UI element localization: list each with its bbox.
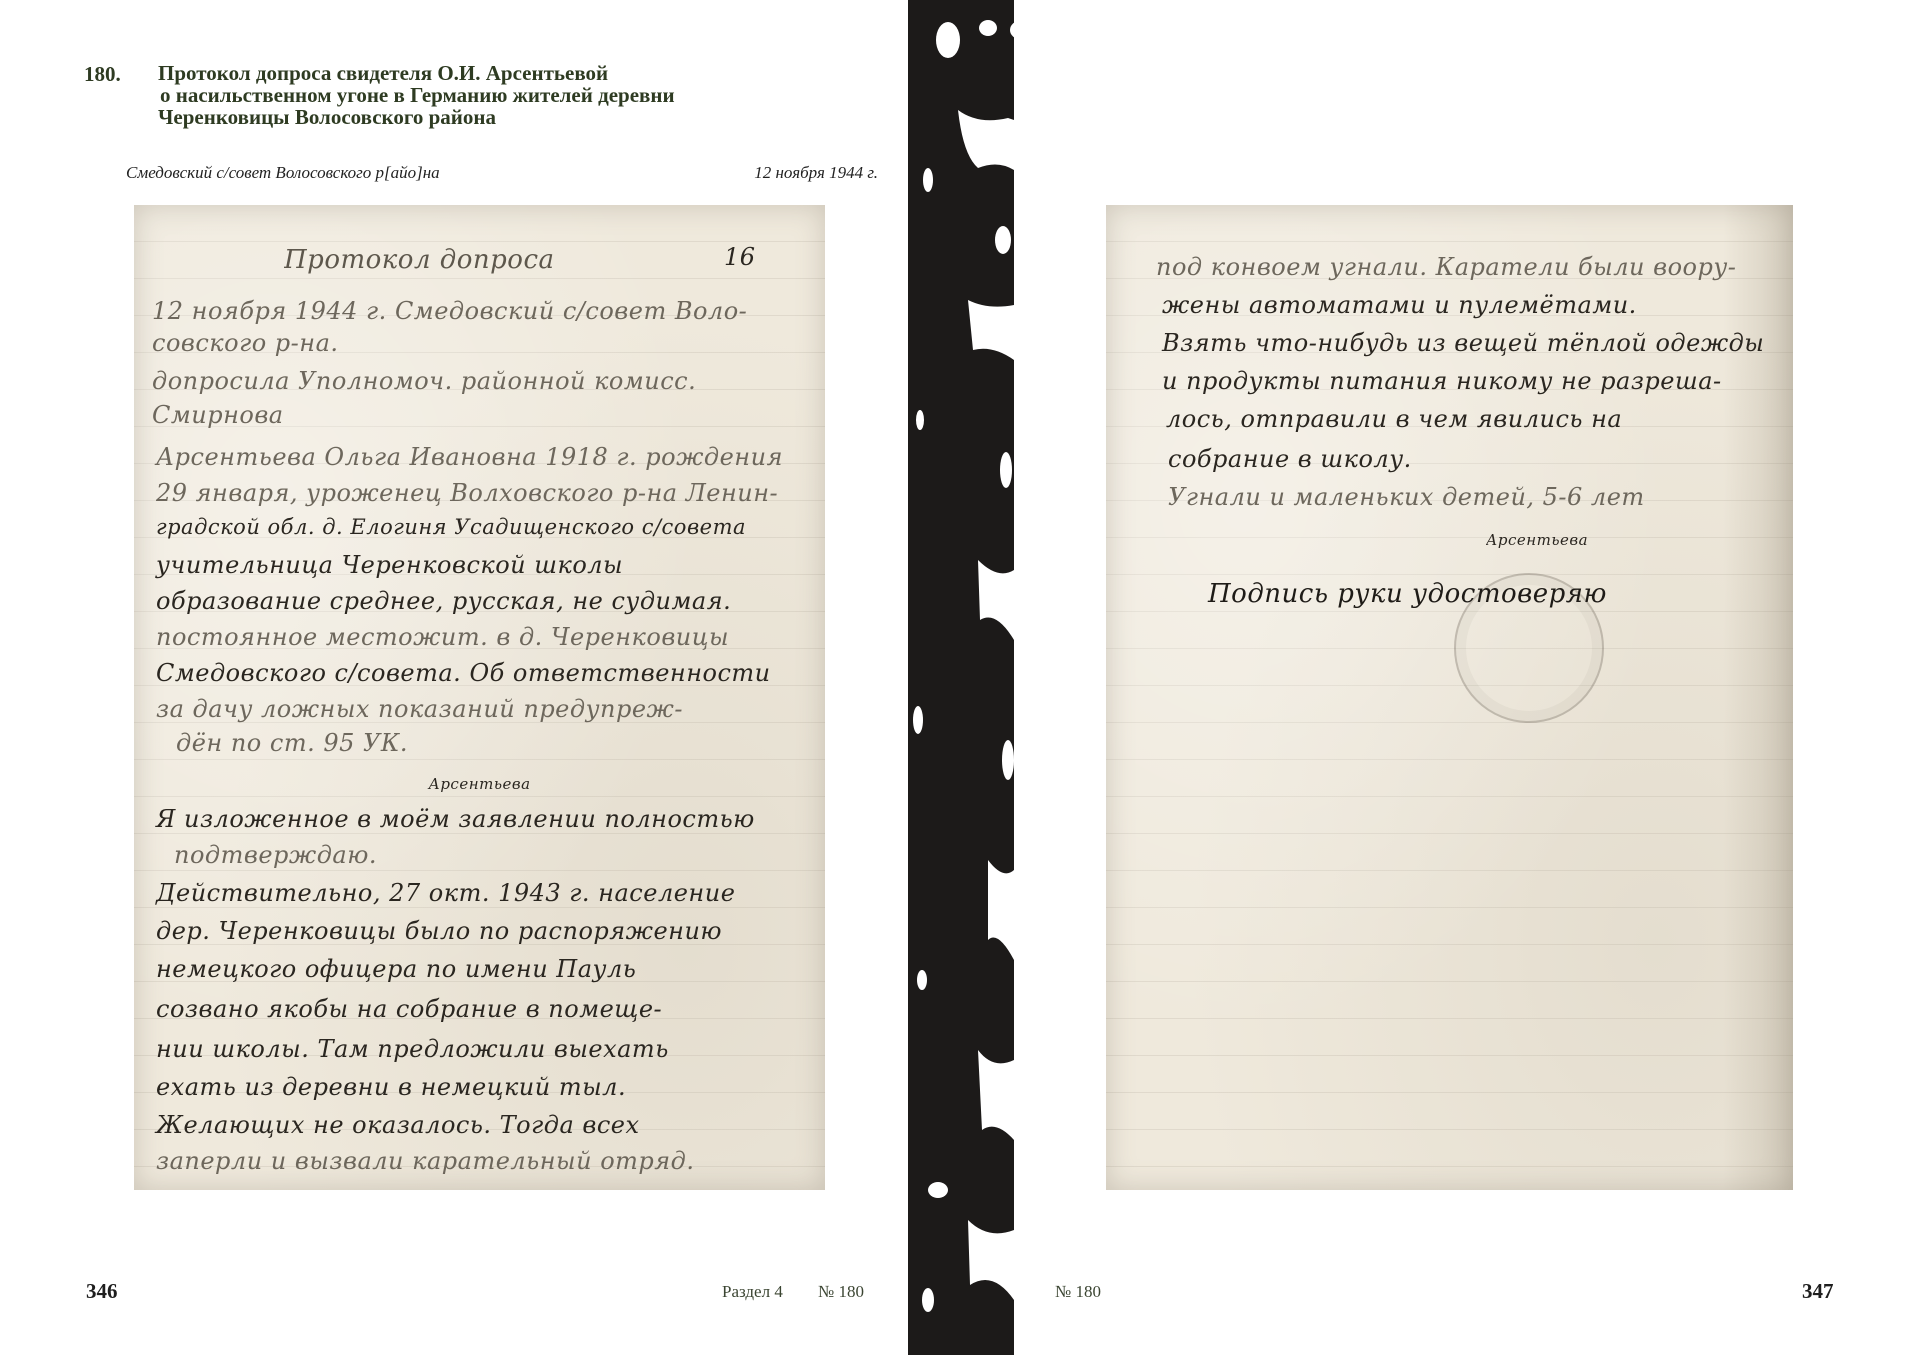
document-place: Смедовский с/совет Волосовского р[айо]на [126, 163, 440, 183]
scan-line: Смирнова [134, 401, 825, 429]
spine-texture-icon [908, 0, 1014, 1355]
scan-line: Я изложенное в моём заявлении полностью [134, 805, 825, 833]
scan-line: учительница Черенковской школы [134, 551, 825, 579]
scan-line: 12 ноября 1944 г. Смедовский с/совет Вол… [134, 297, 825, 325]
left-archival-scan: Протокол допроса 16 12 ноября 1944 г. См… [134, 205, 825, 1190]
scan-line: градской обл. д. Елогиня Усадищенского с… [134, 515, 825, 539]
document-date: 12 ноября 1944 г. [754, 163, 878, 183]
scan-line: лось, отправили в чем явились на [1106, 405, 1793, 433]
scan-line: совского р-на. [134, 329, 825, 357]
scan-line: за дачу ложных показаний предупреж- [134, 695, 825, 723]
scan-heading: Протокол допроса [284, 245, 584, 275]
section-label: Раздел 4 [722, 1282, 783, 1302]
scan-line: заперли и вызвали карательный отряд. [134, 1147, 825, 1175]
scan-line: Желающих не оказалось. Тогда всех [134, 1111, 825, 1139]
scan-signature: Арсентьева [1486, 531, 1686, 549]
scan-line: Взять что-нибудь из вещей тёплой одежды [1106, 329, 1793, 357]
scan-line: дён по ст. 95 УК. [134, 729, 825, 757]
scan-line: постоянное местожит. в д. Черенковицы [134, 623, 825, 651]
scan-line: 29 января, уроженец Волховского р-на Лен… [134, 479, 825, 507]
left-doc-reference: № 180 [818, 1282, 864, 1302]
scan-line: собрание в школу. [1106, 445, 1793, 473]
scan-line: Арсентьева Ольга Ивановна 1918 г. рожден… [134, 443, 825, 471]
scan-line: ехать из деревни в немецкий тыл. [134, 1073, 825, 1101]
scan-line: допросила Уполномоч. районной комисс. [134, 367, 825, 395]
book-spine-gutter [908, 0, 1014, 1355]
right-page-number: 347 [1802, 1279, 1834, 1304]
scan-line: немецкого офицера по имени Пауль [134, 955, 825, 983]
scan-certification: Подпись руки удостоверяю [1106, 579, 1793, 609]
scan-line: подтверждаю. [134, 841, 825, 869]
scan-line: дер. Черенковицы было по распоряжению [134, 917, 825, 945]
title-line-2: о насильственном угоне в Германию жителе… [160, 84, 778, 106]
title-line-3: Черенковицы Волосовского района [158, 106, 778, 128]
scan-line: созвано якобы на собрание в помеще- [134, 995, 825, 1023]
right-archival-scan: под конвоем угнали. Каратели были воору-… [1106, 205, 1793, 1190]
scan-line: и продукты питания никому не разреша- [1106, 367, 1793, 395]
scan-folio-number: 16 [724, 243, 784, 271]
left-page-number: 346 [86, 1279, 118, 1304]
scan-line: Угнали и маленьких детей, 5-6 лет [1106, 483, 1793, 511]
scan-line: образование среднее, русская, не судимая… [134, 587, 825, 615]
scan-line: под конвоем угнали. Каратели были воору- [1106, 253, 1793, 281]
scan-line: Действительно, 27 окт. 1943 г. население [134, 879, 825, 907]
right-doc-reference: № 180 [1055, 1282, 1101, 1302]
title-line-1: Протокол допроса свидетеля О.И. Арсентье… [158, 62, 778, 84]
document-number: 180. [84, 62, 121, 87]
scan-line: жены автоматами и пулемётами. [1106, 291, 1793, 319]
scan-line: Смедовского с/совета. Об ответственности [134, 659, 825, 687]
scan-signature: Арсентьева [134, 775, 825, 793]
scan-line: нии школы. Там предложили выехать [134, 1035, 825, 1063]
document-title: Протокол допроса свидетеля О.И. Арсентье… [158, 62, 778, 128]
